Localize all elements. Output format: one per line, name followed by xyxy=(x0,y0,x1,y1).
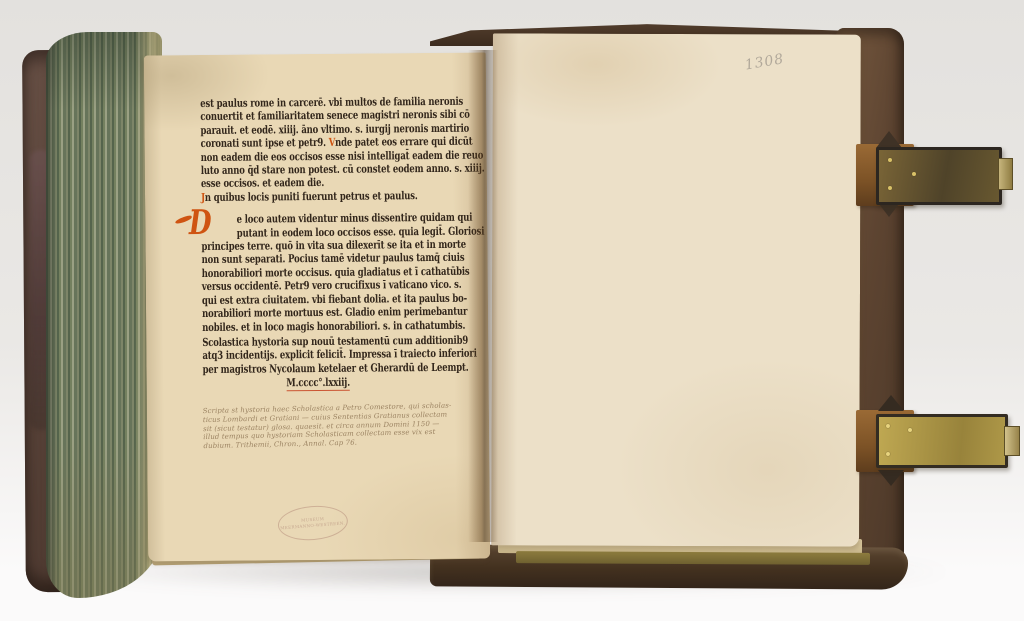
clasp-rivet xyxy=(908,428,912,432)
colophon-date-row: M.cccc°.lxxiij. xyxy=(203,375,434,392)
text-line: Jn quibus locis puniti fuerunt petrus et… xyxy=(201,189,468,205)
rubricated-drop-cap-initial: D xyxy=(189,208,212,238)
text-segment: esse occisos. et eadem die. xyxy=(201,176,324,190)
text-line: nobiles. et in loco magis honorabiliori.… xyxy=(202,318,469,334)
colophon: Scolastica hystoria sup nouū testamentū … xyxy=(202,334,469,377)
colophon-date: M.cccc°.lxxiij. xyxy=(286,376,350,391)
clasp-metal-strap xyxy=(876,414,1008,468)
printed-paragraph: est paulus rome in carcerē. vbi multos d… xyxy=(200,95,467,191)
clasp-anchor-point xyxy=(878,395,904,411)
clasp-catch xyxy=(998,158,1013,190)
center-gutter-shadow xyxy=(468,50,498,542)
clasp-anchor-point xyxy=(876,131,902,148)
clasp-rivet xyxy=(888,186,892,190)
text-segment: nde patet eos errare qui dicūt xyxy=(335,135,472,149)
pencil-foliation-number: 1308 xyxy=(744,51,786,74)
clasp-anchor-point xyxy=(878,470,904,486)
clasp-catch xyxy=(1004,426,1020,456)
library-stamp: MUSEUM MEERMANNO-WESTREEN. xyxy=(277,503,349,542)
clasp-rivet xyxy=(886,452,890,456)
text-segment: luto anno q̄d stare non potest. cū const… xyxy=(201,162,485,177)
colophon-line: per magistros Nycolaum ketelaer et Ghera… xyxy=(202,360,469,376)
text-segment: n quibus locis puniti fuerunt petrus et … xyxy=(205,189,418,204)
handwritten-annotation: Scripta st hystoria haec Scholastica a P… xyxy=(203,400,504,451)
clasp-rivet xyxy=(912,172,916,176)
chapter-heading: Jn quibus locis puniti fuerunt petrus et… xyxy=(201,189,468,205)
clasp-metal-strap xyxy=(876,147,1002,205)
right-blank-page: 1308 xyxy=(491,33,861,546)
printed-paragraph: D e loco autem videntur minus dissentire… xyxy=(201,211,468,334)
stamp-text: MEERMANNO-WESTREEN. xyxy=(281,521,346,531)
printed-text-block: est paulus rome in carcerē. vbi multos d… xyxy=(200,95,469,392)
bottom-brass-clasp xyxy=(852,394,1022,486)
clasp-rivet xyxy=(888,158,892,162)
paragraph-lines: e loco autem videntur minus dissentire q… xyxy=(201,211,468,334)
text-segment: coronati sunt ipse et petr9. xyxy=(201,136,329,150)
left-printed-page: est paulus rome in carcerē. vbi multos d… xyxy=(144,53,490,562)
photograph-stage: 1308 est paulus rome in carcerē. vbi mul… xyxy=(0,0,1024,621)
text-segment: nobiles. et in loco magis honorabiliori.… xyxy=(202,318,465,333)
top-brass-clasp xyxy=(852,128,1022,220)
right-page-stained-edge xyxy=(516,551,870,565)
clasp-rivet xyxy=(886,424,890,428)
